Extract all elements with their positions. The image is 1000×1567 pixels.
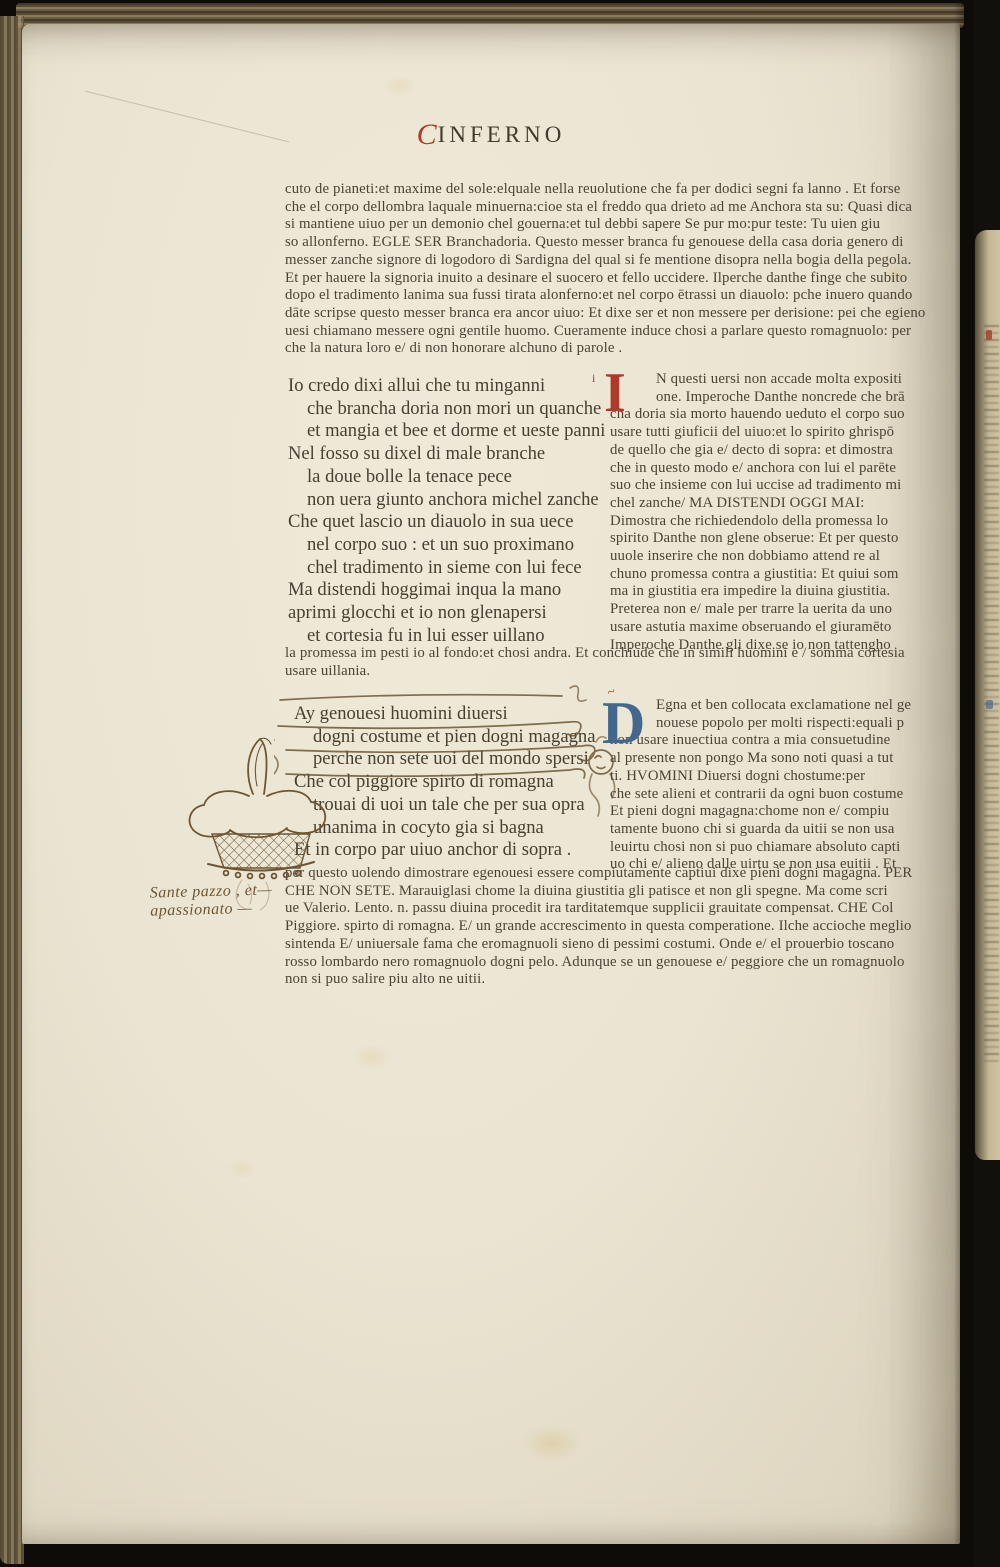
text-line: dāte scripse questo messer branca era an… — [285, 305, 945, 323]
text-line: che la natura loro e/ di non honorare al… — [285, 340, 945, 358]
running-title: CINFERNO — [22, 116, 960, 150]
commentary-lines: Egna et ben collocata exclamatione nel g… — [610, 697, 950, 874]
text-line: so allonferno. EGLE SER Branchadoria. Qu… — [285, 234, 945, 252]
foxing-stain — [227, 1159, 257, 1179]
next-page-edge — [974, 0, 1000, 1567]
text-line: leuirtu chosi non si puo chiamare absolu… — [610, 839, 950, 857]
page-fold-shadow — [954, 0, 976, 1567]
text-line: suo che insieme con lui uccise ad tradim… — [610, 477, 950, 495]
text-line: si mantiene uiuo per un demonio chel gou… — [285, 216, 945, 234]
text-line: usare tutti giuficii del uiuo:et lo spir… — [610, 424, 950, 442]
verse-line: chel tradimento in sieme con lui fece — [288, 557, 618, 580]
bridge-paragraph: la promessa im pesti io al fondo:et chos… — [285, 645, 945, 680]
text-line: rosso lombardo nero romagnuolo dogni pel… — [285, 954, 945, 972]
commentary-column-1: i I N questi uersi non accade molta expo… — [610, 371, 950, 654]
handwriting-line: Sante pazzo , et— — [150, 881, 273, 902]
verse-line: che brancha doria non mori un quanche — [288, 398, 618, 421]
foxing-stain — [352, 1044, 392, 1070]
text-line: nouese popolo per molti rispecti:equali … — [610, 715, 950, 733]
commentary-column-2: ~ D Egna et ben collocata exclamatione n… — [610, 697, 950, 874]
text-line: non usare inuectiua contra a mia consuet… — [610, 732, 950, 750]
verse-line: non uera giunto anchora michel zanche — [288, 489, 618, 512]
text-line: Dimostra che richiedendolo della promess… — [610, 513, 950, 531]
text-line: sintenda E/ uniuersale fama che eromagnu… — [285, 936, 945, 954]
text-line: spirito Danthe non glene obserue: Et per… — [610, 530, 950, 548]
text-line: Preterea non e/ male per trarre la uerit… — [610, 601, 950, 619]
drop-cap-d: D — [602, 693, 645, 753]
text-line: che in questo modo e/ anchora con lui el… — [610, 460, 950, 478]
text-line: che el corpo dellombra laquale minuerna:… — [285, 199, 945, 217]
verse-block-1: Io credo dixi allui che tu minganniche b… — [288, 375, 618, 647]
text-line: chel zanche/ MA DISTENDI OGGI MAI: — [610, 495, 950, 513]
text-line: cuto de pianeti:et maxime del sole:elqua… — [285, 181, 945, 199]
text-line: Egna et ben collocata exclamatione nel g… — [610, 697, 950, 715]
text-line: Et per hauere la signoria inuito a desin… — [285, 270, 945, 288]
verse-line: aprimi glocchi et io non glenapersi — [288, 602, 618, 625]
margin-handwriting: Sante pazzo , et— apassionato — — [150, 881, 273, 920]
drop-cap-i: I — [604, 365, 626, 421]
book-page: CINFERNO cuto de pianeti:et maxime del s… — [22, 24, 960, 1544]
text-line: messer zanche signore di logodoro di Sar… — [285, 252, 945, 270]
text-line: ma in giustitia era impedire la diuina g… — [610, 583, 950, 601]
text-line: non si puo salire piu alto ne uitii. — [285, 971, 945, 989]
top-commentary: cuto de pianeti:et maxime del sole:elqua… — [285, 181, 945, 358]
text-line: chuno promessa contra a giustitia: Et qu… — [610, 566, 950, 584]
book-left-edge — [0, 16, 24, 1564]
handwriting-line: apassionato — — [150, 899, 273, 920]
text-line: che sete alieni et contrarii da ogni buo… — [610, 786, 950, 804]
text-line: tamente buono chi si guarda da uitii se … — [610, 821, 950, 839]
page-title: INFERNO — [438, 122, 566, 147]
pilcrow-icon: C — [417, 118, 437, 151]
text-line: one. Imperoche Danthe noncrede che brā — [610, 389, 950, 407]
text-line: uesi chiamano messere ogni gentile huomo… — [285, 323, 945, 341]
text-line: de quello che gia e/ decto di sopra: et … — [610, 442, 950, 460]
text-line: dopo el tradimento lanima sua fussi tira… — [285, 287, 945, 305]
next-page-blue-initial — [986, 700, 993, 709]
verse-line: Ma distendi hoggimai inqua la mano — [288, 579, 618, 602]
next-page-red-initial — [986, 330, 992, 340]
foxing-stain — [382, 74, 416, 98]
verse-line: Nel fosso su dixel di male branche — [288, 443, 618, 466]
text-line: la promessa im pesti io al fondo:et chos… — [285, 645, 945, 663]
next-page-bleed-text — [984, 325, 999, 1065]
text-line: Et pieni dogni magagna:chome non e/ comp… — [610, 803, 950, 821]
commentary-lines: N questi uersi non accade molta expositi… — [610, 371, 950, 654]
text-line: uuole inserire che non dobbiamo attend r… — [610, 548, 950, 566]
verse-line: Che quet lascio un diauolo in sua uece — [288, 511, 618, 534]
verse-line: Io credo dixi allui che tu minganni — [288, 375, 618, 398]
text-line: al presente non pongo Ma sono noti quasi… — [610, 750, 950, 768]
scanned-book-page: { "header": { "pilcrow": "C", "title": "… — [0, 0, 1000, 1567]
text-line: Piggiore. spirto di romagna. E/ un grand… — [285, 918, 945, 936]
text-line: usare astutia maxime obseruando el giura… — [610, 619, 950, 637]
text-line: usare uillania. — [285, 663, 945, 681]
text-line: N questi uersi non accade molta expositi — [610, 371, 950, 389]
next-page-paper — [975, 230, 1000, 1160]
verse-line: la doue bolle la tenace pece — [288, 466, 618, 489]
verse-line: nel corpo suo : et un suo proximano — [288, 534, 618, 557]
guide-letter: i — [592, 371, 595, 386]
foxing-stain — [522, 1424, 582, 1462]
text-line: ti. HVOMINI Diuersi dogni chostume:per — [610, 768, 950, 786]
verse-line: et mangia et bee et dorme et ueste panni — [288, 420, 618, 443]
text-line: cha doria sia morto hauendo ueduto el co… — [610, 406, 950, 424]
